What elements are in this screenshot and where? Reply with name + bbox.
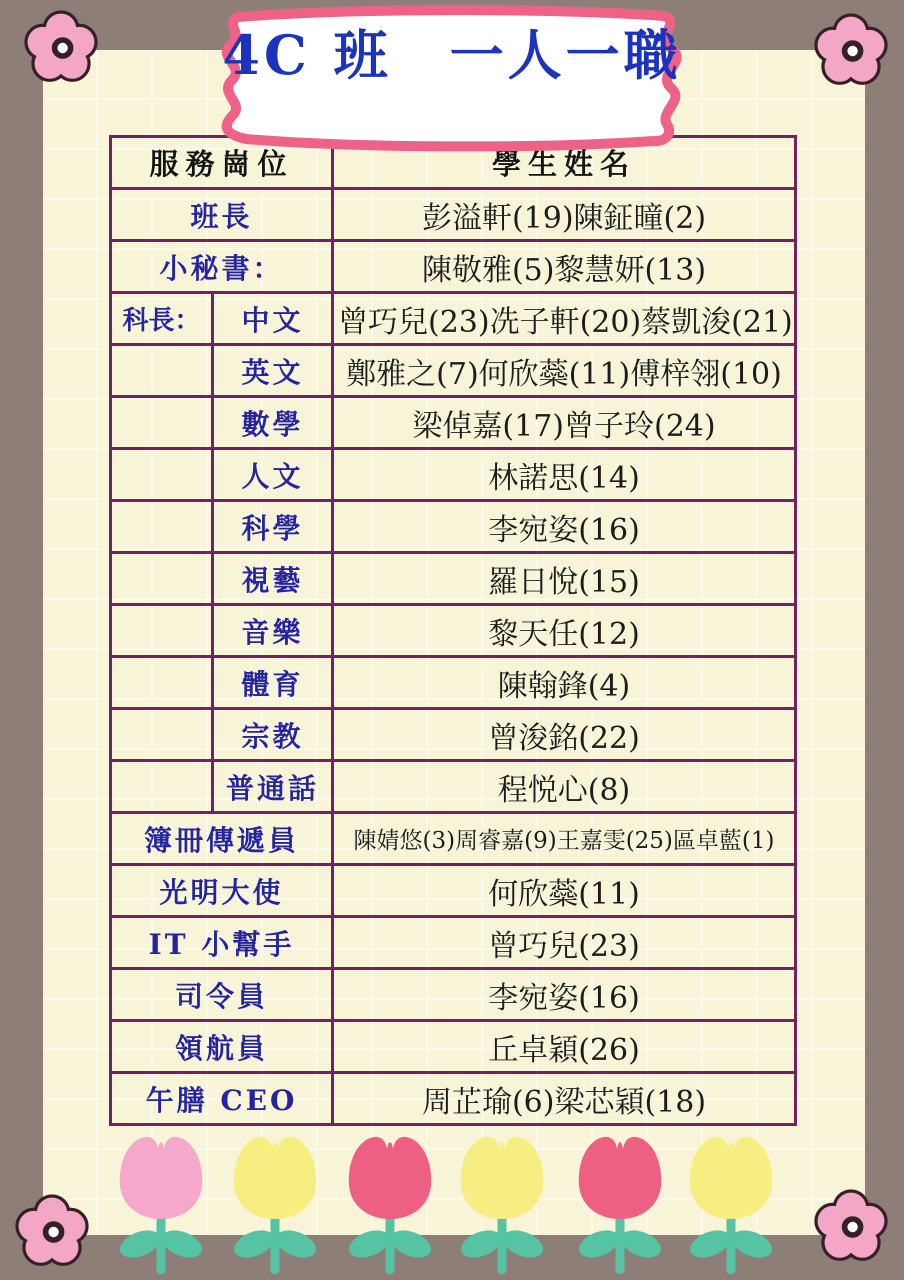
names-cell: 曾巧兒(23)冼子軒(20)蔡凱浚(21) [333, 293, 796, 345]
table-row: 科學 李宛姿(16) [111, 501, 796, 553]
flower-icon [21, 8, 101, 88]
names-cell: 彭溢軒(19)陳鉦曈(2) [333, 189, 796, 241]
names-cell: 羅日悅(15) [333, 553, 796, 605]
names-cell: 陳婧悠(3)周睿嘉(9)王嘉雯(25)區卓藍(1) [333, 813, 796, 865]
subject-cell: 體育 [213, 657, 333, 709]
names-cell: 周芷瑜(6)梁芯穎(18) [333, 1073, 796, 1125]
table-row: 音樂 黎天任(12) [111, 605, 796, 657]
tulip-icon [111, 1128, 211, 1278]
group-cell [111, 345, 213, 397]
group-cell [111, 709, 213, 761]
position-cell: 光明大使 [111, 865, 333, 917]
names-cell: 曾巧兒(23) [333, 917, 796, 969]
tulip-icon [570, 1128, 670, 1278]
flower-icon [12, 1192, 92, 1272]
subject-cell: 視藝 [213, 553, 333, 605]
names-cell: 李宛姿(16) [333, 501, 796, 553]
position-cell: 領航員 [111, 1021, 333, 1073]
roster-table: 服務崗位 學生姓名 班長 彭溢軒(19)陳鉦曈(2) 小秘書： 陳敬雅(5)黎慧… [109, 135, 797, 1126]
table-row: 普通話 程悦心(8) [111, 761, 796, 813]
names-cell: 程悦心(8) [333, 761, 796, 813]
title-banner: 4C 班 一人一職 [206, 2, 698, 154]
position-cell: 午膳 CEO [111, 1073, 333, 1125]
table-row: 體育 陳翰鋒(4) [111, 657, 796, 709]
table-row: 班長 彭溢軒(19)陳鉦曈(2) [111, 189, 796, 241]
roster-table-container: 服務崗位 學生姓名 班長 彭溢軒(19)陳鉦曈(2) 小秘書： 陳敬雅(5)黎慧… [109, 135, 797, 1126]
tulip-icon [225, 1128, 325, 1278]
table-row: 英文 鄭雅之(7)何欣蘂(11)傅梓翎(10) [111, 345, 796, 397]
group-cell [111, 449, 213, 501]
position-cell: 簿冊傳遞員 [111, 813, 333, 865]
table-row: IT 小幫手 曾巧兒(23) [111, 917, 796, 969]
table-row: 午膳 CEO 周芷瑜(6)梁芯穎(18) [111, 1073, 796, 1125]
names-cell: 陳翰鋒(4) [333, 657, 796, 709]
names-cell: 何欣蘂(11) [333, 865, 796, 917]
subject-cell: 中文 [213, 293, 333, 345]
position-cell: 司令員 [111, 969, 333, 1021]
table-row: 科長： 中文 曾巧兒(23)冼子軒(20)蔡凱浚(21) [111, 293, 796, 345]
names-cell: 鄭雅之(7)何欣蘂(11)傅梓翎(10) [333, 345, 796, 397]
table-row: 小秘書： 陳敬雅(5)黎慧妍(13) [111, 241, 796, 293]
group-cell: 科長： [111, 293, 213, 345]
table-row: 人文 林諾思(14) [111, 449, 796, 501]
names-cell: 陳敬雅(5)黎慧妍(13) [333, 241, 796, 293]
names-cell: 曾浚銘(22) [333, 709, 796, 761]
group-cell [111, 605, 213, 657]
tulip-icon [452, 1128, 552, 1278]
group-cell [111, 553, 213, 605]
table-row: 視藝 羅日悅(15) [111, 553, 796, 605]
subject-cell: 英文 [213, 345, 333, 397]
tulip-icon [681, 1128, 781, 1278]
flower-icon [811, 1187, 891, 1267]
table-row: 領航員 丘卓穎(26) [111, 1021, 796, 1073]
table-row: 司令員 李宛姿(16) [111, 969, 796, 1021]
subject-cell: 人文 [213, 449, 333, 501]
names-cell: 林諾思(14) [333, 449, 796, 501]
names-cell: 丘卓穎(26) [333, 1021, 796, 1073]
names-cell: 黎天任(12) [333, 605, 796, 657]
table-row: 數學 梁倬嘉(17)曾子玲(24) [111, 397, 796, 449]
names-cell: 梁倬嘉(17)曾子玲(24) [333, 397, 796, 449]
group-cell [111, 657, 213, 709]
subject-cell: 數學 [213, 397, 333, 449]
position-cell: 小秘書： [111, 241, 333, 293]
poster-background: { "title": "4C 班 一人一職", "table": { "head… [0, 0, 904, 1280]
group-cell [111, 761, 213, 813]
table-row: 宗教 曾浚銘(22) [111, 709, 796, 761]
flower-icon [811, 11, 891, 91]
names-cell: 李宛姿(16) [333, 969, 796, 1021]
group-cell [111, 397, 213, 449]
subject-cell: 宗教 [213, 709, 333, 761]
position-cell: IT 小幫手 [111, 917, 333, 969]
subject-cell: 音樂 [213, 605, 333, 657]
group-cell [111, 501, 213, 553]
subject-cell: 普通話 [213, 761, 333, 813]
subject-cell: 科學 [213, 501, 333, 553]
table-row: 簿冊傳遞員 陳婧悠(3)周睿嘉(9)王嘉雯(25)區卓藍(1) [111, 813, 796, 865]
tulip-icon [340, 1128, 440, 1278]
table-row: 光明大使 何欣蘂(11) [111, 865, 796, 917]
page-title: 4C 班 一人一職 [206, 26, 698, 85]
position-cell: 班長 [111, 189, 333, 241]
